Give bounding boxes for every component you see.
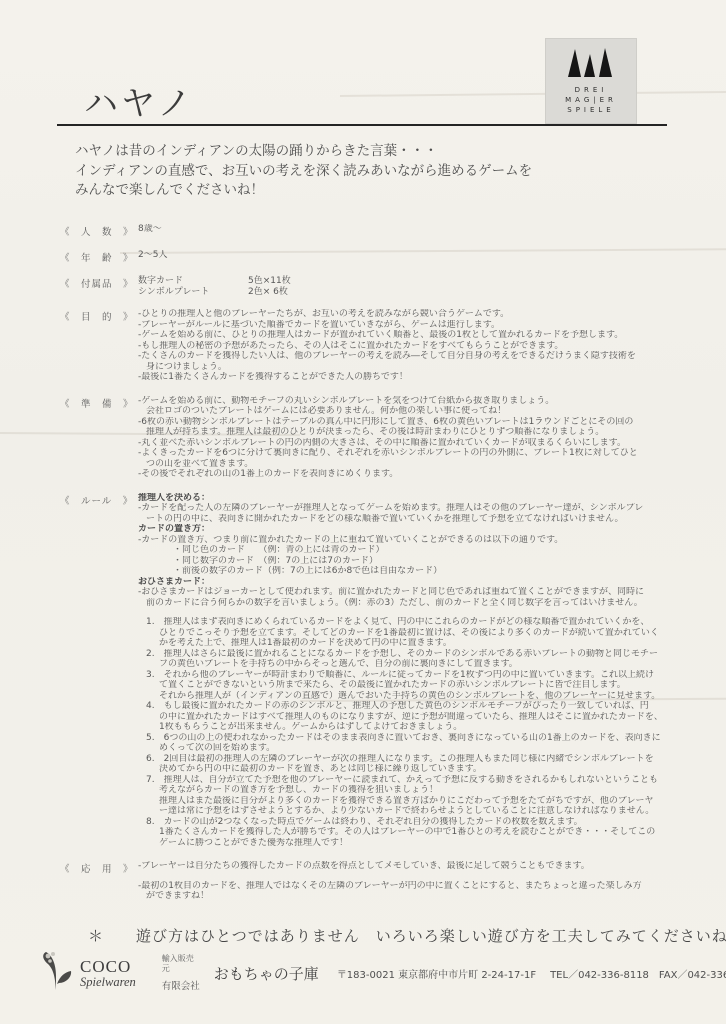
accessory-row: シンボルプレート2色× 6枚 <box>138 287 678 298</box>
text-line: 推理人が持ちます。推理人は最初のひとりが決まったら、その後は時計まわりにひとりず… <box>138 427 678 438</box>
text-line: -よくきったカードを6つに分けて裏向きに配り、それぞれを赤いシンボルプレートの円… <box>138 448 678 459</box>
section-label: 《 ルール 》 <box>60 493 138 849</box>
text-line <box>138 608 678 617</box>
section-body: -プレーヤーは自分たちの獲得したカードの点数を得点としてメモしていき、最後に足し… <box>138 861 678 902</box>
text-line: 7. 推理人は、自分が立てた予想を他のプレーヤーに読まれて、かえって予想に反する… <box>138 775 678 786</box>
text-line: -たくさんのカードを獲得したい人は、他のプレーヤーの考えを読み―そして自分自身の… <box>138 351 678 362</box>
company-phone: TEL／042-336-8118 FAX／042-336-8178 <box>550 966 726 981</box>
text-line: めくって次の回を始めます。 <box>138 743 678 754</box>
text-line: 1枚ももらうことが出来ません。ゲームからはずしてよけておきましょう。 <box>138 722 678 733</box>
spec-label: 《 付属品 》 <box>60 276 138 297</box>
intro-paragraph: ハヤノは昔のインディアンの太陽の踊りからきた言葉・・・ インディアンの直感で、お… <box>75 142 532 201</box>
text-line: フの黄色いプレートを手持ちの中からそっと選んで、自分の前に裏向きにして置きます。 <box>138 659 678 670</box>
text-line: -プレーヤーがルールに基づいた順番でカードを置いていきながら、ゲームは進行します… <box>138 320 678 331</box>
text-line: 5. 6つの山の上の使われなかったカードはそのまま表向きに置いておき、裏向きにな… <box>138 733 678 744</box>
title-divider <box>57 124 667 126</box>
text-line: 3. それから他のプレーヤーが時計まわりで順番に、ルールに従ってカードを1枚ずつ… <box>138 670 678 681</box>
text-line: ・同じ数字のカード （例：7の上には7のカード） <box>138 556 678 567</box>
text-line: カードの置き方： <box>138 524 678 535</box>
section-label: 《 応 用 》 <box>60 861 138 902</box>
section-body: -ひとりの推理人と他のプレーヤーたちが、お互いの考えを読みながら競い合うゲームで… <box>138 309 678 383</box>
accessory-qty: 2色× 6枚 <box>248 287 288 298</box>
text-line: ができますね！ <box>138 891 678 902</box>
logo-line-1: DREI <box>565 85 617 95</box>
section-label: 《 準 備 》 <box>60 396 138 480</box>
page-title: ハヤノ <box>84 76 194 125</box>
text-line: 4. もし最後に置かれたカードの赤のシンボルと、推理人の予想した黄色のシンボルモ… <box>138 701 678 712</box>
text-line: 6. 2回目は最初の推理人の左隣のプレーヤーが次の推理人になります。この推理人も… <box>138 754 678 765</box>
text-line: -プレーヤーは自分たちの獲得したカードの点数を得点としてメモしていき、最後に足し… <box>138 861 678 872</box>
scanned-instruction-sheet: ハヤノ DREI MAG|ER SPIELE ハヤノは昔のインディアンの太陽の踊… <box>0 0 726 1024</box>
text-line: -ひとりの推理人と他のプレーヤーたちが、お互いの考えを読みながら競い合うゲームで… <box>138 309 678 320</box>
company-address: 〒183-0021 東京都府中市片町 2-24-17-1F <box>337 966 536 981</box>
specs: 《 人 数 》8歳～《 年 齢 》2～5人《 付属品 》数字カード5色×11枚シ… <box>60 224 678 297</box>
spec-body: 2～5人 <box>138 250 678 264</box>
text-line: -もし推理人の秘密の予想があたったら、その人はそこに置かれたカードをすべてもらう… <box>138 341 678 352</box>
text-line: おひさまカード： <box>138 577 678 588</box>
text-line: 身につけましょう。 <box>138 362 678 373</box>
text-line: 2. 推理人はさらに最後に置かれることになるカードを予想し、そのカードのシンボル… <box>138 649 678 660</box>
text-line: -カードの置き方、つまり前に置かれたカードの上に重ねて置いていくことができるのは… <box>138 535 678 546</box>
instructions-body: 《 人 数 》8歳～《 年 齢 》2～5人《 付属品 》数字カード5色×11枚シ… <box>60 224 678 915</box>
text-line: 考えながらカードの置き方を予想し、カードの獲得を狙いましょう！ <box>138 785 678 796</box>
text-line: 会社ロゴのついたプレートはゲームには必要ありません。何か他の楽しい事に使ってね！ <box>138 406 678 417</box>
drei-magier-logo: DREI MAG|ER SPIELE <box>545 38 637 124</box>
text-line: つの山を並べて置きます。 <box>138 459 678 470</box>
text-line: -6枚の赤い動物シンボルプレートはテーブルの真ん中に円形にして置き、6枚の黄色い… <box>138 417 678 428</box>
company-type: 有限会社 <box>162 981 200 992</box>
text-line: ひとりでこっそり予想を立てます。そしてどのカードを1番最初に置けば、その後により… <box>138 628 678 639</box>
spec-value: 2～5人 <box>138 250 678 261</box>
text-line: -おひさまカードはジョーカーとして使われます。前に置かれたカードと同じ色であれば… <box>138 587 678 598</box>
coco-brand: COCO <box>80 958 136 975</box>
section: 《 ルール 》推理人を決める：-カードを配った人の左隣のプレーヤーが推理人となっ… <box>60 493 678 849</box>
text-line: 決めてから円の中に最初のカードを置き、あとは同じ様に繰り返していきます。 <box>138 764 678 775</box>
text-line: それから推理人が（インディアンの直感で）選んでおいた手持ちの黄色のシンボルプレー… <box>138 691 678 702</box>
spec-row: 《 人 数 》8歳～ <box>60 224 678 238</box>
text-line: -最後に1番たくさんカードを獲得することができた人の勝ちです！ <box>138 372 678 383</box>
sections: 《 目 的 》-ひとりの推理人と他のプレーヤーたちが、お互いの考えを読みながら競… <box>60 309 678 902</box>
text-line: -最初の1枚目のカードを、推理人ではなくその左隣のプレーヤーが円の中に置くことに… <box>138 881 678 892</box>
text-line: 推理人はまた最後に自分がより多くのカードを獲得できる置き方ばかりにこだわって予想… <box>138 796 678 807</box>
text-line: -ゲームを始める前に、動物モチーフの丸いシンボルプレートを気をつけて台紙から抜き… <box>138 396 678 407</box>
accessory-name: シンボルプレート <box>138 287 248 298</box>
spec-label: 《 年 齢 》 <box>60 250 138 264</box>
footnote: ＊ 遊び方はひとつではありません いろいろ楽しい遊び方を工夫してみてくださいね <box>88 925 726 946</box>
spec-body: 数字カード5色×11枚シンボルプレート2色× 6枚 <box>138 276 678 297</box>
text-line: ートの円の中に、表向きに開かれたカードをどの様な順番で置いていくかを推理して予想… <box>138 514 678 525</box>
section: 《 応 用 》-プレーヤーは自分たちの獲得したカードの点数を得点としてメモしてい… <box>60 861 678 902</box>
text-line: -カードを配った人の左隣のプレーヤーが推理人となってゲームを始めます。推理人はそ… <box>138 503 678 514</box>
text-line: かを考えた上で、推理人は1番最初のカードを決めて円の中に置きます。 <box>138 638 678 649</box>
logo-line-2: MAG|ER <box>565 95 617 105</box>
footer-bar: COCO Spielwaren 輸入販売元 有限会社 おもちゃの子庫 〒183-… <box>38 950 702 996</box>
text-line: ・同じ色のカード （例：青の上には青のカード） <box>138 545 678 556</box>
importer-label: 輸入販売元 <box>162 954 200 974</box>
logo-line-3: SPIELE <box>565 105 617 115</box>
text-line: -ゲームを始める前に、ひとりの推理人はカードが置かれていく順番と、最後の1枚とし… <box>138 330 678 341</box>
section: 《 目 的 》-ひとりの推理人と他のプレーヤーたちが、お互いの考えを読みながら競… <box>60 309 678 383</box>
spec-body: 8歳～ <box>138 224 678 238</box>
accessory-row: 数字カード5色×11枚 <box>138 276 678 287</box>
spec-row: 《 年 齢 》2～5人 <box>60 250 678 264</box>
text-line: ー達は常に予想をはずさせようとするか、より少ないカードで終わらせようとしているこ… <box>138 806 678 817</box>
text-line: 8. カードの山が2つなくなった時点でゲームは終わり、それぞれ自分の獲得したカー… <box>138 817 678 828</box>
text-line: の中に置かれたカードはすべて推理人のものになりますが、逆に予想が間違っていたら、… <box>138 712 678 723</box>
text-line: 1番たくさんカードを獲得した人が勝ちです。その人はプレーヤーの中で1番ひとの考え… <box>138 827 678 838</box>
accessory-name: 数字カード <box>138 276 248 287</box>
section-label: 《 目 的 》 <box>60 309 138 383</box>
section-body: 推理人を決める：-カードを配った人の左隣のプレーヤーが推理人となってゲームを始め… <box>138 493 678 849</box>
section: 《 準 備 》-ゲームを始める前に、動物モチーフの丸いシンボルプレートを気をつけ… <box>60 396 678 480</box>
text-line: 前のカードに合う何らかの数字を言いましょう。（例：赤の3）ただし、前のカードと全… <box>138 598 678 609</box>
text-line: 1. 推理人はまず表向きにめくられているカードをよく見て、円の中にこれらのカード… <box>138 617 678 628</box>
text-line: 推理人を決める： <box>138 493 678 504</box>
text-line: -丸く並べた赤いシンボルプレートの円の内側の大きさは、その中に順番に置かれていく… <box>138 438 678 449</box>
magician-hats-icon <box>568 47 614 81</box>
text-line <box>138 872 678 881</box>
spec-label: 《 人 数 》 <box>60 224 138 238</box>
spec-value: 8歳～ <box>138 224 678 235</box>
spec-row: 《 付属品 》数字カード5色×11枚シンボルプレート2色× 6枚 <box>60 276 678 297</box>
section-body: -ゲームを始める前に、動物モチーフの丸いシンボルプレートを気をつけて台紙から抜き… <box>138 396 678 480</box>
text-line: ・前後の数字のカード（例：7の上には6か8で色は自由なカード） <box>138 566 678 577</box>
coco-subbrand: Spielwaren <box>80 975 136 989</box>
paper-crease <box>340 91 726 97</box>
text-line: ゲームに勝つことができた優秀な推理人です！ <box>138 838 678 849</box>
coco-plant-icon <box>38 950 74 996</box>
accessory-qty: 5色×11枚 <box>248 276 291 287</box>
text-line: て置くことができないという所まで来たら、その最後に置かれたカードの赤いシンボルプ… <box>138 680 678 691</box>
company-name: おもちゃの子庫 <box>214 963 319 984</box>
text-line: -その後でそれぞれの山の1番上のカードを表向きにめくります。 <box>138 469 678 480</box>
